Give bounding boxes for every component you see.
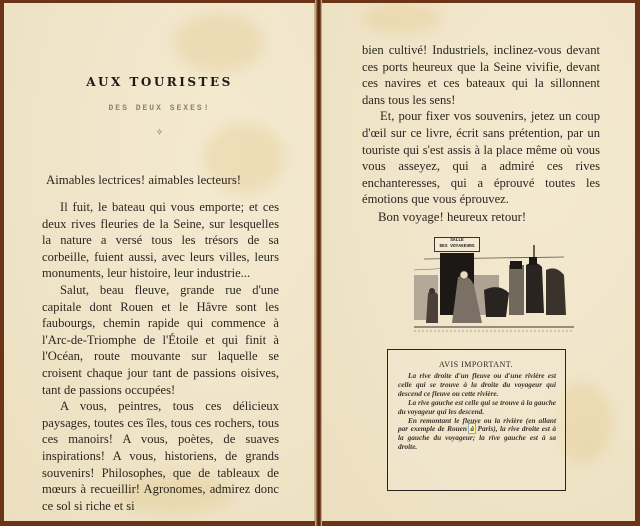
waiting-room-sign: SALLE DES VOYAGEURS <box>434 237 480 252</box>
notice-body: La rive droite d'un fleuve ou d'une rivi… <box>398 372 556 452</box>
page-title: AUX TOURISTES <box>4 75 315 89</box>
page-subtitle: DES DEUX SEXES! <box>4 104 315 113</box>
book-spine <box>315 0 322 526</box>
right-page: bien cultivé! Industriels, inclinez-vous… <box>322 3 635 521</box>
salutation: Aimables lectrices! aimables lecteurs! <box>46 173 241 188</box>
paragraph: A vous, peintres, tous ces délicieux pay… <box>42 398 279 514</box>
book-spread: AUX TOURISTES DES DEUX SEXES! ✧ Aimables… <box>0 0 640 526</box>
ornament-icon: ✧ <box>4 127 315 138</box>
sign-line: DES VOYAGEURS <box>435 244 479 250</box>
paragraph: Salut, beau fleuve, grande rue d'une cap… <box>42 282 279 398</box>
notice-title: AVIS IMPORTANT. <box>388 360 564 369</box>
paragraph: bien cultivé! Industriels, inclinez-vous… <box>362 42 600 108</box>
important-notice-box: AVIS IMPORTANT. La rive droite d'un fleu… <box>387 349 566 491</box>
farewell: Bon voyage! heureux retour! <box>378 210 526 225</box>
notice-paragraph: La rive droite d'un fleuve ou d'une rivi… <box>398 372 556 399</box>
right-body-text: bien cultivé! Industriels, inclinez-vous… <box>362 42 600 208</box>
paper-stain <box>362 3 442 33</box>
paragraph: Et, pour fixer vos souvenirs, jetez un c… <box>362 108 600 208</box>
left-page: AUX TOURISTES DES DEUX SEXES! ✧ Aimables… <box>4 3 315 521</box>
left-body-text: Il fuit, le bateau qui vous emporte; et … <box>42 199 279 514</box>
notice-paragraph: En remontant le fleuve ou la rivière (en… <box>398 417 556 453</box>
paper-stain <box>174 13 264 73</box>
engraving-illustration: SALLE DES VOYAGEURS <box>414 235 574 335</box>
paragraph: Il fuit, le bateau qui vous emporte; et … <box>42 199 279 282</box>
notice-paragraph: La rive gauche est celle qui se trouve à… <box>398 399 556 417</box>
